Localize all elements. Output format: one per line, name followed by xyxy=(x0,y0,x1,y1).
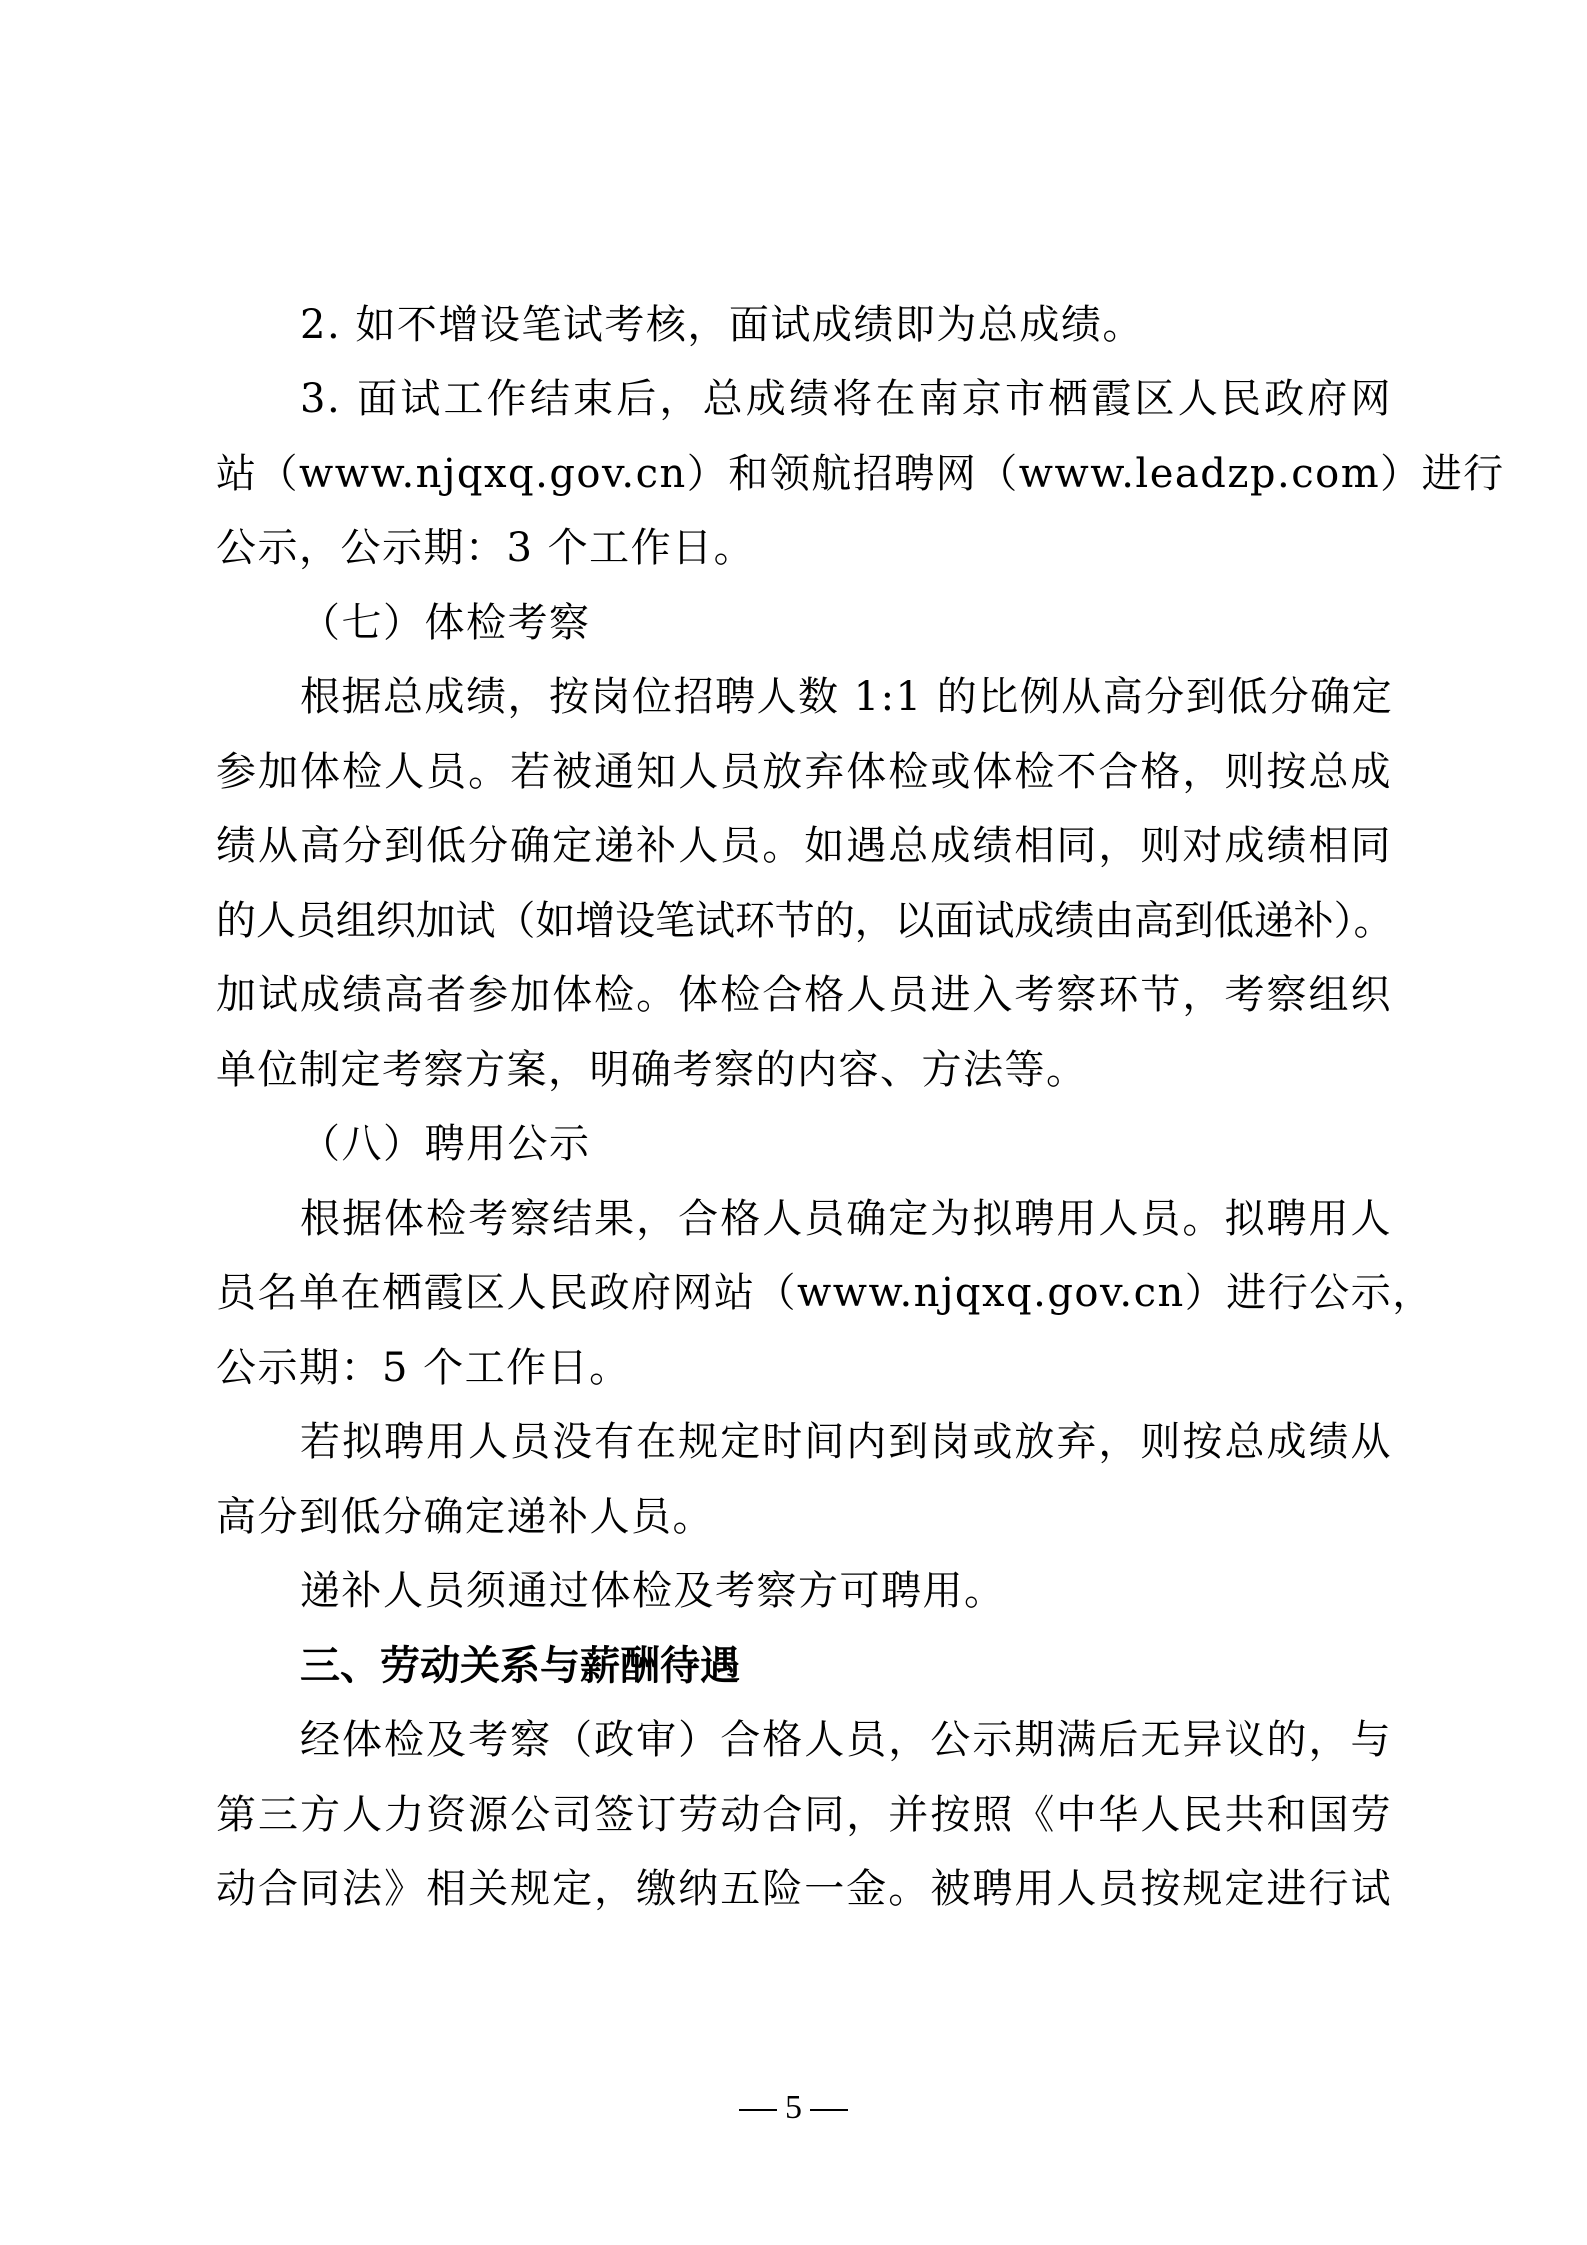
page-number: 5 xyxy=(0,2086,1587,2130)
body-line-22: 动合同法》相关规定，缴纳五险一金。被聘用人员按规定进行试 xyxy=(216,1852,1392,1927)
body-line-21: 第三方人力资源公司签订劳动合同，并按照《中华人民共和国劳 xyxy=(216,1778,1392,1853)
body-line-2: 3. 面试工作结束后，总成绩将在南京市栖霞区人民政府网 xyxy=(300,362,1392,437)
body-line-8: 绩从高分到低分确定递补人员。如遇总成绩相同，则对成绩相同 xyxy=(216,809,1392,884)
page-number-dash-right xyxy=(810,2109,848,2111)
body-line-10: 加试成绩高者参加体检。体检合格人员进入考察环节，考察组织 xyxy=(216,958,1392,1033)
body-line-15: 公示期：5 个工作日。 xyxy=(216,1331,1392,1406)
document-page: 2. 如不增设笔试考核，面试成绩即为总成绩。 3. 面试工作结束后，总成绩将在南… xyxy=(0,0,1587,2245)
body-line-17: 高分到低分确定递补人员。 xyxy=(216,1480,1392,1555)
section-subheading-7: （七）体检考察 xyxy=(300,586,1392,661)
section-heading-3: 三、劳动关系与薪酬待遇 xyxy=(300,1629,1392,1704)
body-line-9: 的人员组织加试（如增设笔试环节的，以面试成绩由高到低递补）。 xyxy=(216,884,1392,959)
body-line-6: 根据总成绩，按岗位招聘人数 1:1 的比例从高分到低分确定 xyxy=(300,660,1392,735)
body-line-20: 经体检及考察（政审）合格人员，公示期满后无异议的，与 xyxy=(300,1703,1392,1778)
body-line-18: 递补人员须通过体检及考察方可聘用。 xyxy=(300,1554,1392,1629)
body-line-11: 单位制定考察方案，明确考察的内容、方法等。 xyxy=(216,1033,1392,1108)
section-subheading-8: （八）聘用公示 xyxy=(300,1107,1392,1182)
page-number-dash-left xyxy=(739,2109,777,2111)
body-line-3: 站（www.njqxq.gov.cn）和领航招聘网（www.leadzp.com… xyxy=(216,437,1392,512)
body-line-14: 员名单在栖霞区人民政府网站（www.njqxq.gov.cn）进行公示， xyxy=(216,1256,1392,1331)
body-line-1: 2. 如不增设笔试考核，面试成绩即为总成绩。 xyxy=(300,288,1392,363)
body-line-7: 参加体检人员。若被通知人员放弃体检或体检不合格，则按总成 xyxy=(216,735,1392,810)
page-number-value: 5 xyxy=(785,2089,802,2126)
body-line-4: 公示，公示期：3 个工作日。 xyxy=(216,511,1392,586)
body-line-13: 根据体检考察结果，合格人员确定为拟聘用人员。拟聘用人 xyxy=(300,1182,1392,1257)
body-line-16: 若拟聘用人员没有在规定时间内到岗或放弃，则按总成绩从 xyxy=(300,1405,1392,1480)
